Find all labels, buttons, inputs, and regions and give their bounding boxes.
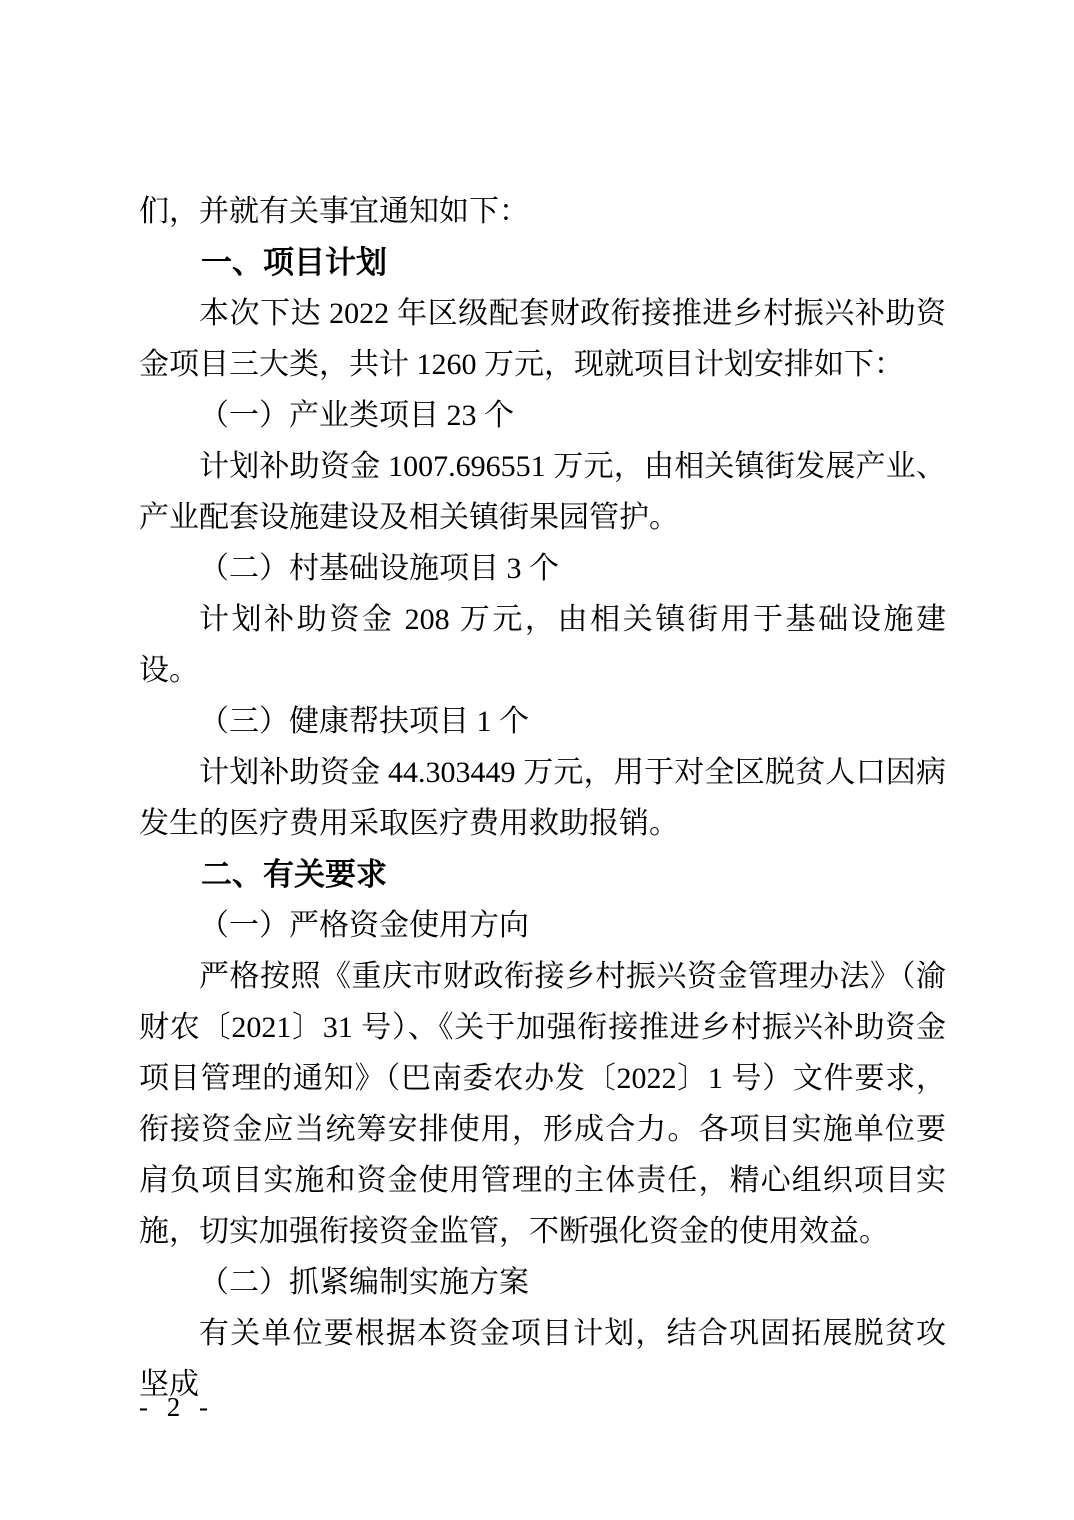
subheading-health-assistance: （三）健康帮扶项目 1 个	[139, 696, 946, 747]
subheading-industry-projects: （一）产业类项目 23 个	[139, 390, 946, 441]
document-page: 们，并就有关事宜通知如下： 一、项目计划 本次下达 2022 年区级配套财政衔接…	[0, 0, 1074, 1520]
paragraph-plan-overview: 本次下达 2022 年区级配套财政衔接推进乡村振兴补助资金项目三大类，共计 12…	[139, 288, 946, 390]
paragraph-industry-funds: 计划补助资金 1007.696551 万元，由相关镇街发展产业、产业配套设施建设…	[139, 441, 946, 543]
paragraph-fund-usage-rules: 严格按照《重庆市财政衔接乡村振兴资金管理办法》（渝财农〔2021〕31 号）、《…	[139, 951, 946, 1257]
subheading-village-infrastructure: （二）村基础设施项目 3 个	[139, 543, 946, 594]
section-heading-requirements: 二、有关要求	[139, 849, 946, 900]
subheading-implementation-plan: （二）抓紧编制实施方案	[139, 1257, 946, 1308]
section-heading-project-plan: 一、项目计划	[139, 237, 946, 288]
paragraph-infrastructure-funds: 计划补助资金 208 万元，由相关镇街用于基础设施建设。	[139, 594, 946, 696]
paragraph-health-funds: 计划补助资金 44.303449 万元，用于对全区脱贫人口因病发生的医疗费用采取…	[139, 747, 946, 849]
page-number: - 2 -	[139, 1391, 214, 1423]
subheading-fund-usage: （一）严格资金使用方向	[139, 900, 946, 951]
paragraph-implementation: 有关单位要根据本资金项目计划，结合巩固拓展脱贫攻坚成	[139, 1308, 946, 1410]
document-body: 们，并就有关事宜通知如下： 一、项目计划 本次下达 2022 年区级配套财政衔接…	[139, 186, 946, 1410]
paragraph-continuation: 们，并就有关事宜通知如下：	[139, 186, 946, 237]
